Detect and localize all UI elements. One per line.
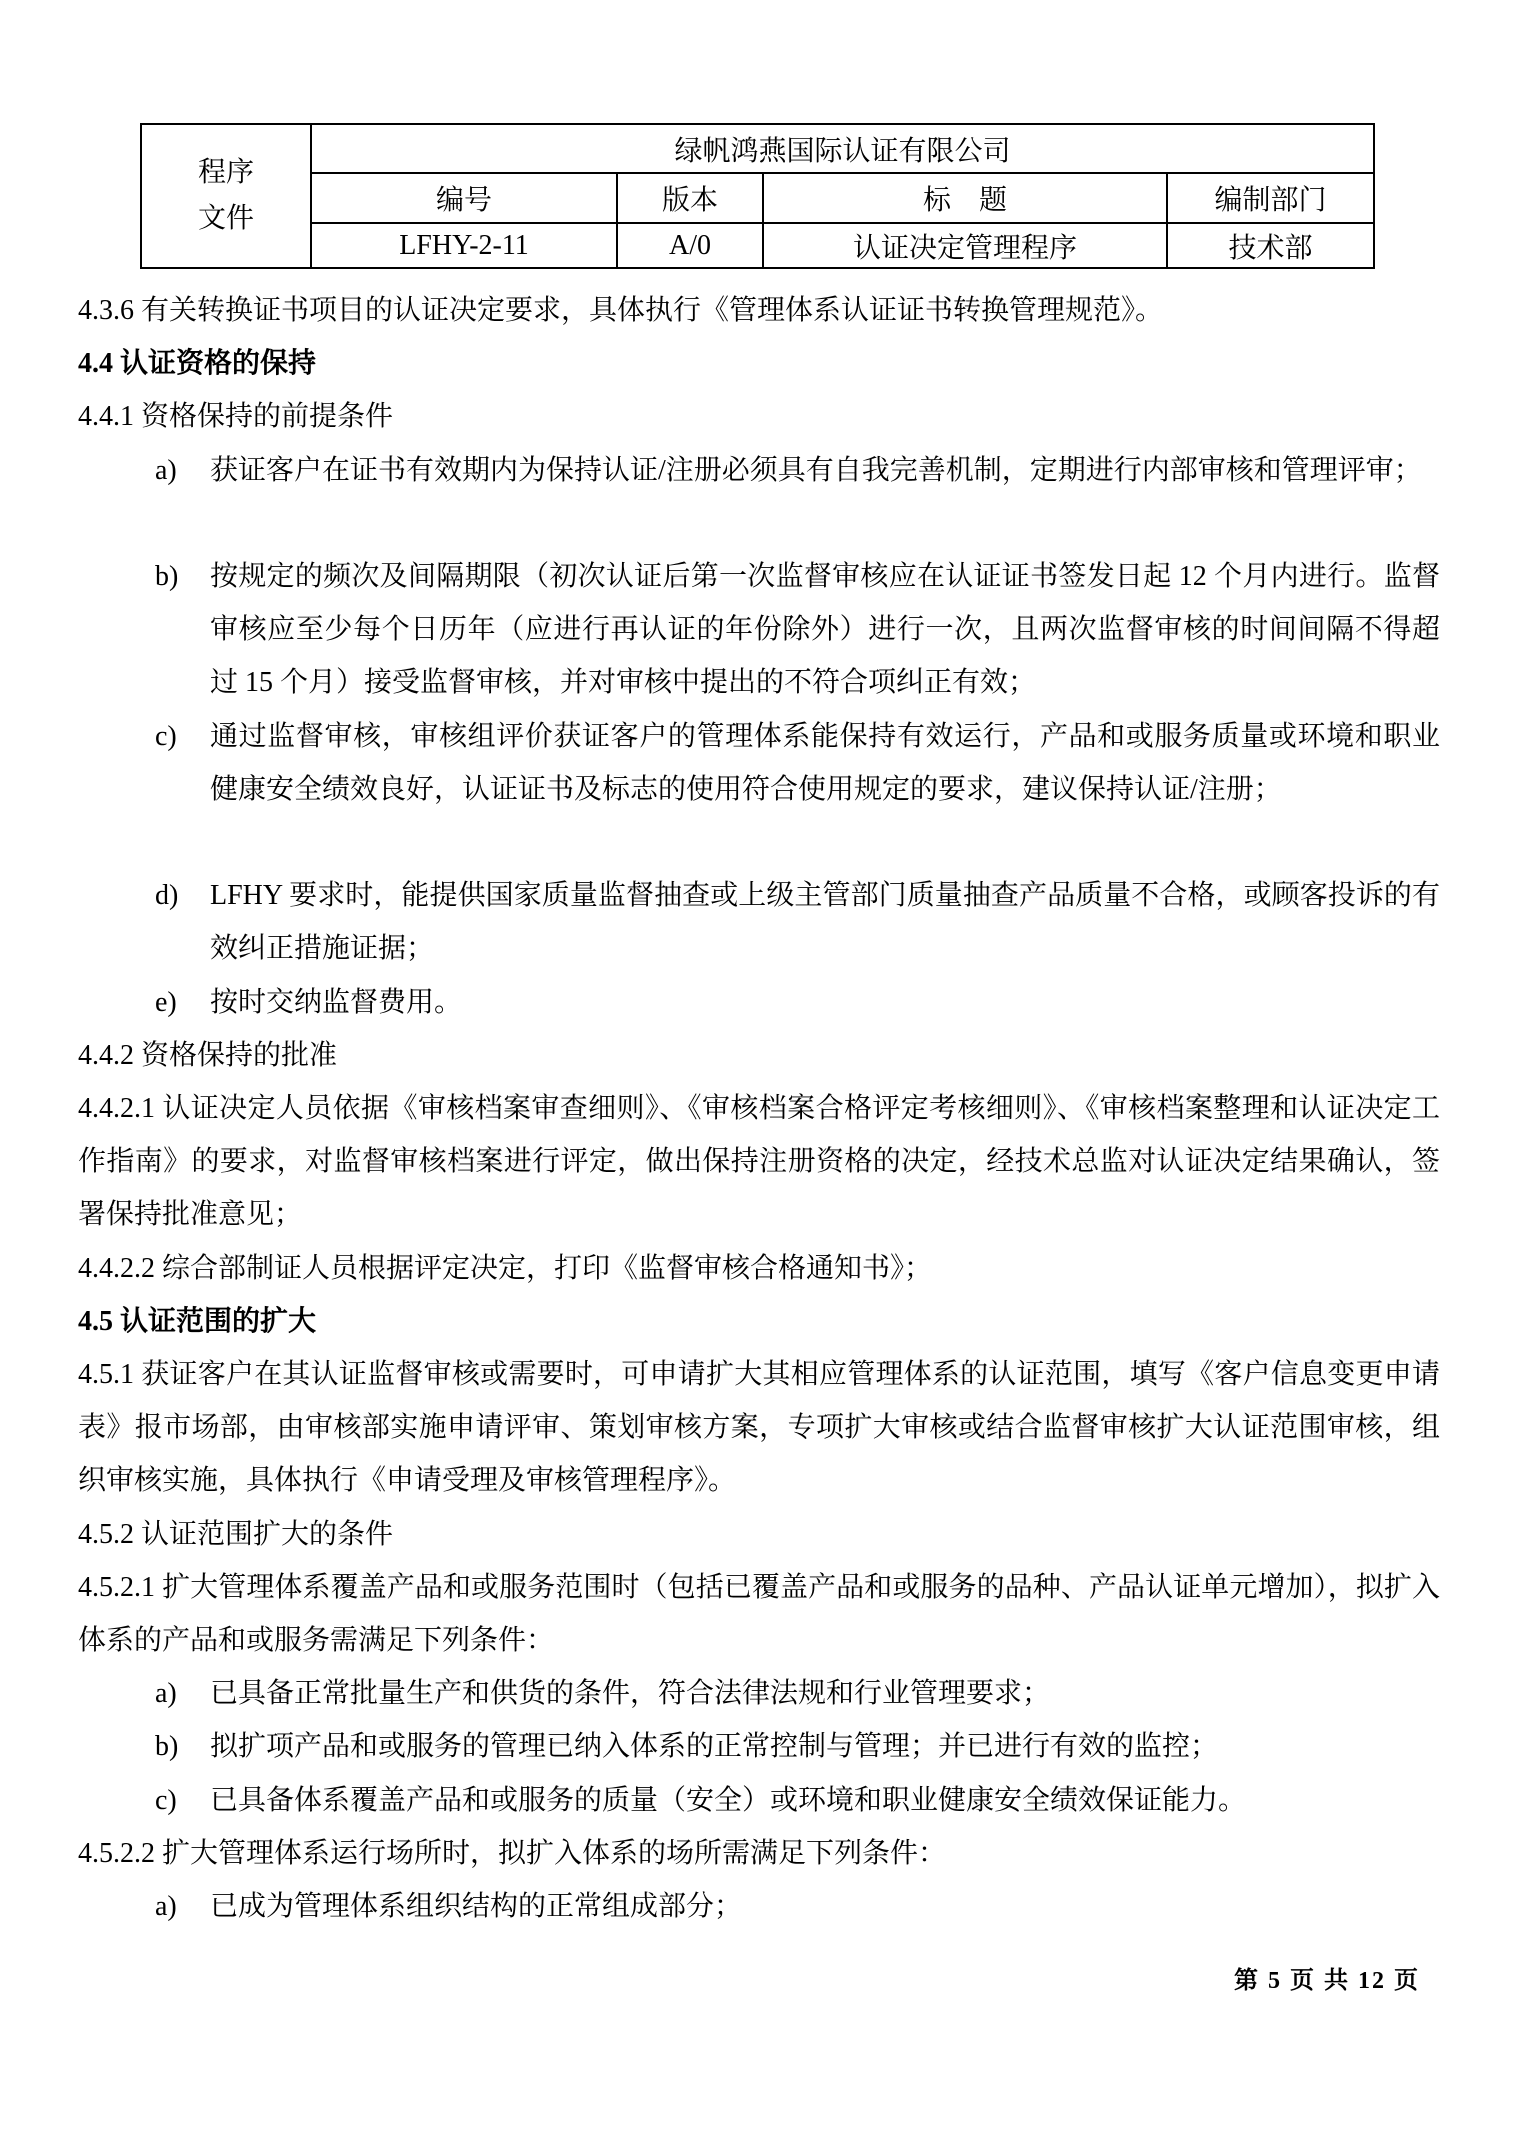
paragraph-4-5-2: 4.5.2 认证范围扩大的条件 — [78, 1508, 1440, 1561]
paragraph-4-4-2: 4.4.2 资格保持的批准 — [78, 1029, 1440, 1082]
doc-header-table: 程序 文件 绿帆鸿燕国际认证有限公司 编号 版本 标 题 编制部门 LFHY-2… — [140, 123, 1375, 269]
list-item-4-4-1-c: c) 通过监督审核，审核组评价获证客户的管理体系能保持有效运行，产品和或服务质量… — [78, 710, 1440, 816]
list-item-4-4-1-e: e) 按时交纳监督费用。 — [78, 976, 1440, 1029]
document-body: 4.3.6 有关转换证书项目的认证决定要求，具体执行《管理体系认证证书转换管理规… — [78, 284, 1440, 1984]
doc-type-line-1: 程序 — [142, 150, 310, 196]
list-item-4-5-2-2-a: a) 已成为管理体系组织结构的正常组成部分； — [78, 1880, 1440, 1933]
list-marker: c) — [155, 710, 210, 816]
list-item-text: 按时交纳监督费用。 — [210, 976, 1440, 1029]
list-item-4-5-2-1-c: c) 已具备体系覆盖产品和或服务的质量（安全）或环境和职业健康安全绩效保证能力。 — [78, 1774, 1440, 1827]
list-marker: a) — [155, 444, 210, 497]
value-doc-number: LFHY-2-11 — [311, 223, 617, 268]
list-item-4-4-1-b: b) 按规定的频次及间隔期限（初次认证后第一次监督审核应在认证证书签发日起 12… — [78, 550, 1440, 710]
list-marker: e) — [155, 976, 210, 1029]
list-item-4-5-2-1-b: b) 拟扩项产品和或服务的管理已纳入体系的正常控制与管理；并已进行有效的监控； — [78, 1720, 1440, 1773]
list-item-4-4-1-d: d) LFHY 要求时，能提供国家质量监督抽查或上级主管部门质量抽查产品质量不合… — [78, 869, 1440, 975]
list-item-text: 获证客户在证书有效期内为保持认证/注册必须具有自我完善机制，定期进行内部审核和管… — [210, 444, 1440, 497]
paragraph-4-4-2-1: 4.4.2.1 认证决定人员依据《审核档案审查细则》、《审核档案合格评定考核细则… — [78, 1082, 1440, 1242]
paragraph-4-3-6: 4.3.6 有关转换证书项目的认证决定要求，具体执行《管理体系认证证书转换管理规… — [78, 284, 1440, 337]
section-heading-4-4: 4.4 认证资格的保持 — [78, 337, 1440, 390]
paragraph-4-5-1: 4.5.1 获证客户在其认证监督审核或需要时，可申请扩大其相应管理体系的认证范围… — [78, 1348, 1440, 1508]
paragraph-4-4-2-2: 4.4.2.2 综合部制证人员根据评定决定，打印《监督审核合格通知书》； — [78, 1242, 1440, 1295]
list-marker: b) — [155, 550, 210, 710]
label-version: 版本 — [617, 173, 763, 223]
list-item-text: 通过监督审核，审核组评价获证客户的管理体系能保持有效运行，产品和或服务质量或环境… — [210, 710, 1440, 816]
paragraph-4-5-2-1: 4.5.2.1 扩大管理体系覆盖产品和或服务范围时（包括已覆盖产品和或服务的品种… — [78, 1561, 1440, 1667]
doc-type-cell: 程序 文件 — [141, 124, 311, 268]
list-item-4-5-2-1-a: a) 已具备正常批量生产和供货的条件，符合法律法规和行业管理要求； — [78, 1667, 1440, 1720]
page-number-footer: 第 5 页 共 12 页 — [1234, 1960, 1420, 1995]
label-number: 编号 — [311, 173, 617, 223]
value-version: A/0 — [617, 223, 763, 268]
doc-type-line-2: 文件 — [142, 196, 310, 242]
list-marker: c) — [155, 1774, 210, 1827]
paragraph-4-4-1: 4.4.1 资格保持的前提条件 — [78, 390, 1440, 443]
list-marker: a) — [155, 1667, 210, 1720]
value-department: 技术部 — [1167, 223, 1374, 268]
list-item-text: 已成为管理体系组织结构的正常组成部分； — [210, 1880, 1440, 1933]
list-item-text: 按规定的频次及间隔期限（初次认证后第一次监督审核应在认证证书签发日起 12 个月… — [210, 550, 1440, 710]
list-item-text: 拟扩项产品和或服务的管理已纳入体系的正常控制与管理；并已进行有效的监控； — [210, 1720, 1440, 1773]
list-item-text: LFHY 要求时，能提供国家质量监督抽查或上级主管部门质量抽查产品质量不合格，或… — [210, 869, 1440, 975]
list-marker: a) — [155, 1880, 210, 1933]
list-item-text: 已具备正常批量生产和供货的条件，符合法律法规和行业管理要求； — [210, 1667, 1440, 1720]
list-item-4-4-1-a: a) 获证客户在证书有效期内为保持认证/注册必须具有自我完善机制，定期进行内部审… — [78, 444, 1440, 497]
value-doc-title: 认证决定管理程序 — [763, 223, 1167, 268]
list-marker: b) — [155, 1720, 210, 1773]
list-item-text: 已具备体系覆盖产品和或服务的质量（安全）或环境和职业健康安全绩效保证能力。 — [210, 1774, 1440, 1827]
document-page: 程序 文件 绿帆鸿燕国际认证有限公司 编号 版本 标 题 编制部门 LFHY-2… — [0, 0, 1514, 2140]
label-department: 编制部门 — [1167, 173, 1374, 223]
company-name: 绿帆鸿燕国际认证有限公司 — [311, 124, 1374, 173]
section-heading-4-5: 4.5 认证范围的扩大 — [78, 1295, 1440, 1348]
paragraph-4-5-2-2: 4.5.2.2 扩大管理体系运行场所时，拟扩入体系的场所需满足下列条件： — [78, 1827, 1440, 1880]
label-title: 标 题 — [763, 173, 1167, 223]
list-marker: d) — [155, 869, 210, 975]
